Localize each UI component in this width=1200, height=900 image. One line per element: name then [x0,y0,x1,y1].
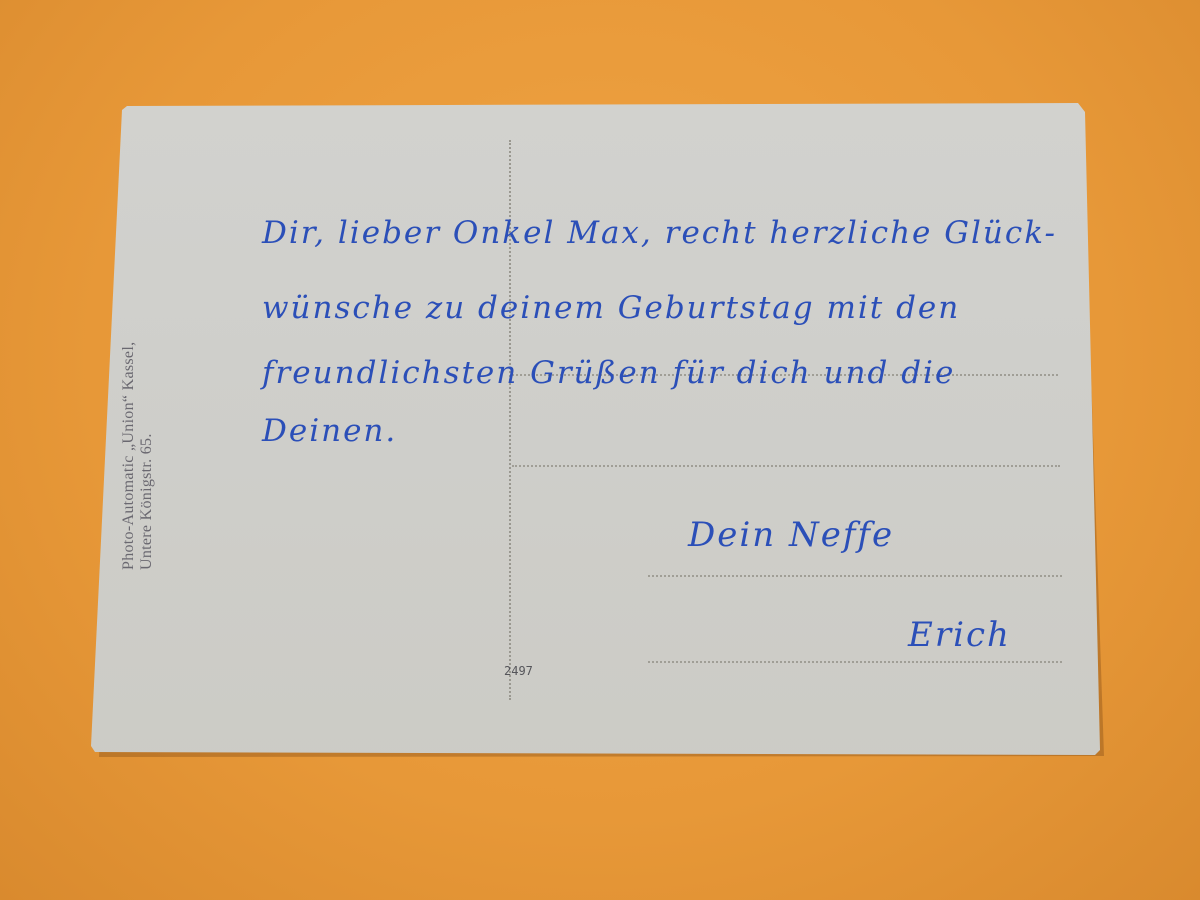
signature-closing: Dein Neffe [688,515,894,555]
serial-number: 2497 [504,664,533,678]
message-line: freundlichsten Grüßen für dich und die [262,355,955,391]
message-line: Dir, lieber Onkel Max, recht herzliche G… [262,215,1057,251]
postcard: Photo-Automatic „Union“ Kassel, Untere K… [0,0,1200,900]
address-line [512,465,1060,467]
postcard-paper [0,0,1200,900]
publisher-imprint: Photo-Automatic „Union“ Kassel, Untere K… [120,342,156,570]
message-line: Deinen. [262,413,397,449]
publisher-line-1: Photo-Automatic „Union“ Kassel, [120,342,138,570]
message-line: wünsche zu deinem Geburtstag mit den [262,290,960,326]
address-line [648,661,1062,663]
signature-name: Erich [908,615,1011,655]
address-line [648,575,1062,577]
publisher-line-2: Untere Königstr. 65. [138,342,156,570]
